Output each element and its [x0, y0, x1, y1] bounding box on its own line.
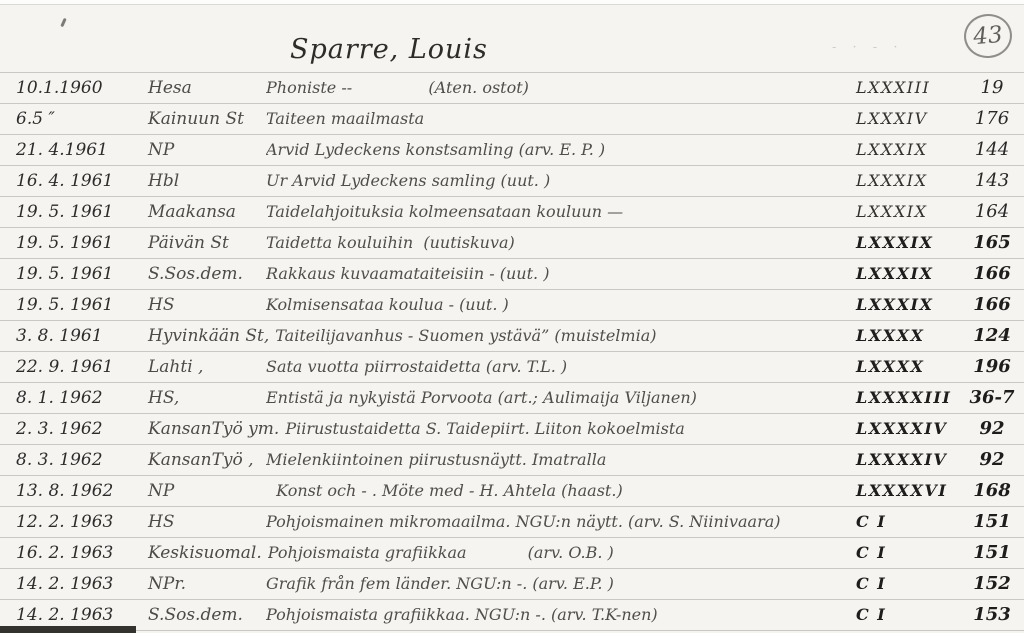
card-top-edge: [0, 0, 1024, 5]
entry-volume: LXXXIX: [856, 233, 960, 252]
entry-volume: LXXXX: [856, 326, 960, 345]
table-row: 8. 1. 1962 HS, Entistä ja nykyistä Porvo…: [0, 382, 1024, 413]
card-number-badge: 43: [962, 12, 1014, 60]
entry-page: 151: [960, 542, 1024, 563]
table-row: 8. 3. 1962 KansanTyö , Mielenkiintoinen …: [0, 444, 1024, 475]
entry-volume: C I: [856, 574, 960, 593]
entry-title: Ur Arvid Lydeckens samling (uut. ): [266, 171, 856, 190]
table-row: 19. 5. 1961 S.Sos.dem. Rakkaus kuvaamata…: [0, 258, 1024, 289]
entry-volume: LXXXXIV: [856, 419, 960, 438]
entry-page: 143: [960, 170, 1024, 191]
entry-date: 2. 3. 1962: [0, 419, 148, 439]
table-row: 13. 8. 1962 NP Konst och - . Möte med - …: [0, 475, 1024, 506]
entry-volume: LXXXXIII: [856, 388, 960, 407]
entry-title: Pohjoismainen mikromaailma. NGU:n näytt.…: [266, 512, 856, 531]
entry-source: Päivän St: [148, 233, 266, 253]
entry-date: 22. 9. 1961: [0, 357, 148, 377]
table-row: 3. 8. 1961 Hyvinkään St, Taiteilijavanhu…: [0, 320, 1024, 351]
table-row: 16. 2. 1963 Keskisuomal. Pohjoismaista g…: [0, 537, 1024, 568]
entry-page: 19: [960, 77, 1024, 98]
entry-volume: C I: [856, 605, 960, 624]
entry-volume: LXXXIX: [856, 171, 960, 190]
entry-title: Pohjoismaista grafiikkaa. NGU:n -. (arv.…: [266, 605, 856, 624]
entry-date: 16. 4. 1961: [0, 171, 148, 191]
table-row: 19. 5. 1961 Maakansa Taidelahjoituksia k…: [0, 196, 1024, 227]
entry-date: 21. 4.1961: [0, 140, 148, 160]
entry-page: 144: [960, 139, 1024, 160]
entry-date: 3. 8. 1961: [0, 326, 148, 346]
entry-source: NP: [148, 481, 266, 501]
entry-date: 8. 1. 1962: [0, 388, 148, 408]
faint-pencil-marks: ‐ · ‐ ·: [832, 40, 942, 52]
entry-date: 14. 2. 1963: [0, 605, 148, 625]
entry-page: 165: [960, 232, 1024, 253]
entry-volume: LXXXIX: [856, 140, 960, 159]
entry-title: Mielenkiintoinen piirustusnäytt. Imatral…: [266, 450, 856, 469]
entry-title: Taidelahjoituksia kolmeensataan kouluun …: [266, 202, 856, 221]
entry-volume: LXXXIX: [856, 202, 960, 221]
entry-title: Konst och - . Möte med - H. Ahtela (haas…: [266, 481, 856, 500]
entry-date: 6.5 ″: [0, 109, 148, 129]
index-card: Sparre, Louis ‐ · ‐ · 43 10.1.1960 Hesa …: [0, 0, 1024, 633]
entry-page: 196: [960, 356, 1024, 377]
entry-title: Sata vuotta piirrostaidetta (arv. T.L. ): [266, 357, 856, 376]
entry-page: 166: [960, 263, 1024, 284]
entry-source: NP: [148, 140, 266, 160]
entry-date: 12. 2. 1963: [0, 512, 148, 532]
entry-page: 124: [960, 325, 1024, 346]
entry-source: NPr.: [148, 574, 266, 594]
scan-edge-artifact: [0, 626, 136, 633]
table-row: 19. 5. 1961 Päivän St Taidetta kouluihin…: [0, 227, 1024, 258]
entry-source: S.Sos.dem.: [148, 605, 266, 625]
entry-volume: C I: [856, 512, 960, 531]
table-row: 12. 2. 1963 HS Pohjoismainen mikromaailm…: [0, 506, 1024, 537]
entry-title: Piirustustaidetta S. Taidepiirt. Liiton …: [285, 419, 856, 438]
table-row: 6.5 ″ Kainuun St Taiteen maailmasta LXXX…: [0, 103, 1024, 134]
entry-page: 166: [960, 294, 1024, 315]
entry-date: 19. 5. 1961: [0, 202, 148, 222]
entry-source: KansanTyö ym.: [148, 419, 285, 439]
table-row: 14. 2. 1963 S.Sos.dem. Pohjoismaista gra…: [0, 599, 1024, 630]
entry-date: 14. 2. 1963: [0, 574, 148, 594]
entry-volume: LXXXIX: [856, 264, 960, 283]
entry-source: Hesa: [148, 78, 266, 98]
entry-date: 19. 5. 1961: [0, 295, 148, 315]
entry-page: 151: [960, 511, 1024, 532]
entry-source: Kainuun St: [148, 109, 266, 129]
entry-source: HS,: [148, 388, 266, 408]
entry-volume: LXXXIII: [856, 78, 960, 97]
entry-source: Hyvinkään St,: [148, 326, 275, 346]
entry-title: Pohjoismaista grafiikkaa (arv. O.B. ): [268, 543, 856, 562]
entry-source: HS: [148, 295, 266, 315]
entry-date: 13. 8. 1962: [0, 481, 148, 501]
entry-source: Keskisuomal.: [148, 543, 268, 563]
entry-title: Entistä ja nykyistä Porvoota (art.; Auli…: [266, 388, 856, 407]
table-row: 19. 5. 1961 HS Kolmisensataa koulua - (u…: [0, 289, 1024, 320]
entry-page: 92: [960, 418, 1024, 439]
entry-title: Grafik från fem länder. NGU:n -. (arv. E…: [266, 574, 856, 593]
entry-title: Rakkaus kuvaamataiteisiin - (uut. ): [266, 264, 856, 283]
entry-title: Taiteilijavanhus - Suomen ystävä” (muist…: [275, 326, 856, 345]
entry-volume: LXXXXVI: [856, 481, 960, 500]
entry-date: 8. 3. 1962: [0, 450, 148, 470]
entry-title: Arvid Lydeckens konstsamling (arv. E. P.…: [266, 140, 856, 159]
entry-title: Phoniste -- (Aten. ostot): [266, 78, 856, 97]
entry-source: S.Sos.dem.: [148, 264, 266, 284]
entry-date: 19. 5. 1961: [0, 264, 148, 284]
table-row: 10.1.1960 Hesa Phoniste -- (Aten. ostot)…: [0, 72, 1024, 103]
table-row: 2. 3. 1962 KansanTyö ym. Piirustustaidet…: [0, 413, 1024, 444]
entry-volume: LXXXIX: [856, 295, 960, 314]
entry-page: 92: [960, 449, 1024, 470]
entry-source: KansanTyö ,: [148, 450, 266, 470]
entry-volume: LXXXX: [856, 357, 960, 376]
table-row: 22. 9. 1961 Lahti , Sata vuotta piirrost…: [0, 351, 1024, 382]
entry-title: Taidetta kouluihin (uutiskuva): [266, 233, 856, 252]
entry-volume: LXXXXIV: [856, 450, 960, 469]
entry-page: 153: [960, 604, 1024, 625]
entry-volume: LXXXIV: [856, 109, 960, 128]
entry-source: Lahti ,: [148, 357, 266, 377]
card-title: Sparre, Louis: [290, 34, 488, 65]
entry-date: 19. 5. 1961: [0, 233, 148, 253]
entry-title: Kolmisensataa koulua - (uut. ): [266, 295, 856, 314]
entry-source: Maakansa: [148, 202, 266, 222]
entry-title: Taiteen maailmasta: [266, 109, 856, 128]
entry-source: HS: [148, 512, 266, 532]
table-row: 21. 4.1961 NP Arvid Lydeckens konstsamli…: [0, 134, 1024, 165]
table-row: 14. 2. 1963 NPr. Grafik från fem länder.…: [0, 568, 1024, 599]
pencil-tick-mark: [60, 18, 66, 27]
entry-page: 168: [960, 480, 1024, 501]
entry-page: 164: [960, 201, 1024, 222]
entry-page: 152: [960, 573, 1024, 594]
entry-page: 176: [960, 108, 1024, 129]
entry-date: 10.1.1960: [0, 78, 148, 98]
entry-volume: C I: [856, 543, 960, 562]
table-row: 16. 4. 1961 Hbl Ur Arvid Lydeckens samli…: [0, 165, 1024, 196]
entry-date: 16. 2. 1963: [0, 543, 148, 563]
entry-source: Hbl: [148, 171, 266, 191]
entry-page: 36-7: [960, 387, 1024, 408]
